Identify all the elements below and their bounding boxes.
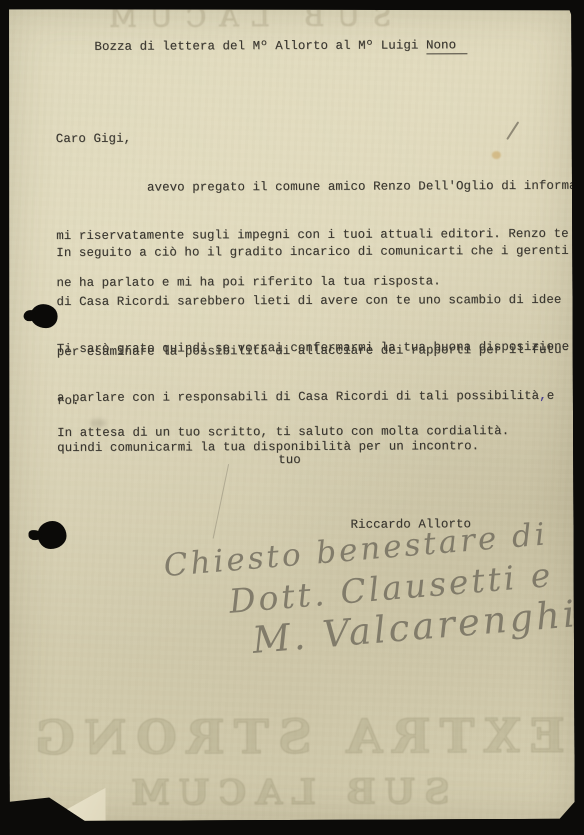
letter-heading: Bozza di lettera del Mº Allorto al Mº Lu… [94, 38, 467, 54]
handwritten-pencil-note: Chiesto benestare di Dott. Clausetti e M… [163, 516, 584, 665]
watermark-top: SUB LACUM [96, 2, 391, 34]
closing-word: tuo [278, 453, 301, 467]
paragraph-3-line-2-end: e [547, 389, 555, 403]
salutation: Caro Gigi, [56, 132, 131, 146]
letter-paper: SUB LACUM EXTRA STRONG SUB LACUM Bozza d… [6, 7, 575, 821]
watermark-sub-lacum: SUB LACUM [150, 771, 450, 813]
handwritten-ink-comma: , [539, 389, 547, 403]
watermark-extra-strong: EXTRA STRONG [0, 709, 584, 767]
photograph-background: SUB LACUM EXTRA STRONG SUB LACUM Bozza d… [0, 0, 584, 835]
paragraph-3-line-1: Ti sarò grato quindi se vorrai confermar… [57, 340, 570, 364]
paragraph-2-line-1: In seguito a ciò ho il gradito incarico … [56, 244, 569, 268]
paragraph-4-line-1: In attesa di un tuo scritto, ti saluto c… [57, 424, 509, 446]
heading-underlined-name: Nono [426, 38, 467, 54]
ink-blot-upper [31, 304, 58, 328]
pencil-slash-mark [506, 121, 519, 140]
paper-stain [492, 151, 501, 159]
ink-blot-lower [37, 521, 66, 549]
pencil-smudge [90, 419, 106, 428]
paragraph-1-line-1: avevo pregato il comune amico Renzo Dell… [56, 179, 584, 201]
heading-text: Bozza di lettera del Mº Allorto al Mº Lu… [94, 38, 426, 53]
folded-corner [46, 788, 106, 821]
